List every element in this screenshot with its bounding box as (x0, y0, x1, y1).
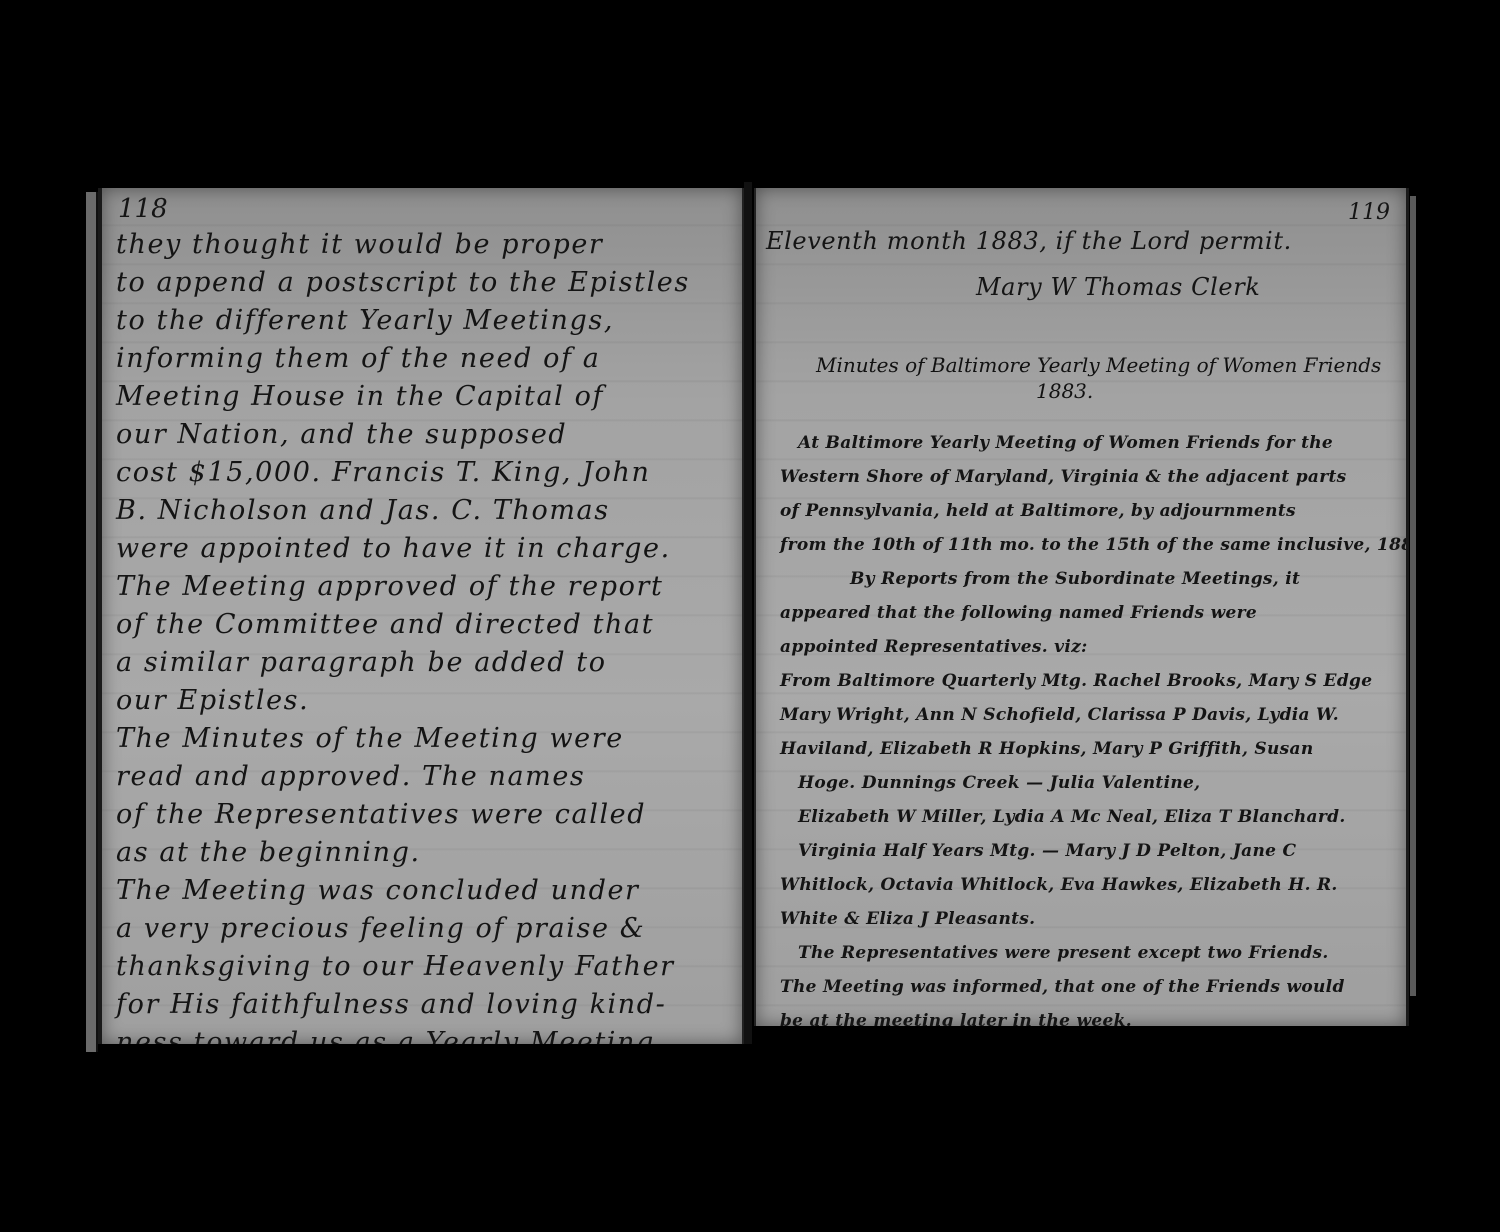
minutes-heading-year: 1883. (816, 379, 1381, 403)
right-page-text: At Baltimore Yearly Meeting of Women Fri… (780, 426, 1409, 1026)
handwritten-line: of the Representatives were called (116, 796, 690, 834)
left-page-text: they thought it would be properto append… (116, 226, 690, 1044)
handwritten-line: appeared that the following named Friend… (780, 596, 1409, 630)
handwritten-line: Elizabeth W Miller, Lydia A Mc Neal, Eli… (780, 800, 1409, 834)
handwritten-line: be at the meeting later in the week. (780, 1004, 1409, 1026)
handwritten-line: The Meeting approved of the report (116, 568, 690, 606)
open-ledger-book: 118 they thought it would be properto ap… (86, 182, 1426, 1052)
minutes-heading: Minutes of Baltimore Yearly Meeting of W… (816, 353, 1381, 403)
handwritten-line: thanksgiving to our Heavenly Father (116, 948, 690, 986)
left-page-stack-edge (86, 192, 98, 1052)
handwritten-line: from the 10th of 11th mo. to the 15th of… (780, 528, 1409, 562)
closing-section: Eleventh month 1883, if the Lord permit.… (766, 218, 1292, 310)
handwritten-line: cost $15,000. Francis T. King, John (116, 454, 690, 492)
clerk-signature: Mary W Thomas Clerk (766, 264, 1292, 310)
handwritten-line: informing them of the need of a (116, 340, 690, 378)
right-page-stack-edge (1410, 196, 1416, 996)
handwritten-line: to append a postscript to the Epistles (116, 264, 690, 302)
handwritten-line: Hoge. Dunnings Creek — Julia Valentine, (780, 766, 1409, 800)
handwritten-line: Mary Wright, Ann N Schofield, Clarissa P… (780, 698, 1409, 732)
handwritten-line: The Minutes of the Meeting were (116, 720, 690, 758)
handwritten-line: From Baltimore Quarterly Mtg. Rachel Bro… (780, 664, 1409, 698)
handwritten-line: as at the beginning. (116, 834, 690, 872)
right-page: 119 Eleventh month 1883, if the Lord per… (754, 188, 1409, 1026)
handwritten-line: our Nation, and the supposed (116, 416, 690, 454)
page-number-right: 119 (1348, 200, 1390, 225)
handwritten-line: appointed Representatives. viz: (780, 630, 1409, 664)
handwritten-line: The Representatives were present except … (780, 936, 1409, 970)
book-spine (744, 182, 752, 1044)
minutes-heading-title: Minutes of Baltimore Yearly Meeting of W… (816, 353, 1381, 377)
handwritten-line: Virginia Half Years Mtg. — Mary J D Pelt… (780, 834, 1409, 868)
handwritten-line: were appointed to have it in charge. (116, 530, 690, 568)
handwritten-line: to the different Yearly Meetings, (116, 302, 690, 340)
handwritten-line: for His faithfulness and loving kind- (116, 986, 690, 1024)
left-page: 118 they thought it would be properto ap… (98, 188, 745, 1044)
handwritten-line: they thought it would be proper (116, 226, 690, 264)
handwritten-line: ness toward us as a Yearly Meeting. (116, 1024, 690, 1044)
handwritten-line: our Epistles. (116, 682, 690, 720)
handwritten-line: B. Nicholson and Jas. C. Thomas (116, 492, 690, 530)
handwritten-line: Western Shore of Maryland, Virginia & th… (780, 460, 1409, 494)
handwritten-line: of Pennsylvania, held at Baltimore, by a… (780, 494, 1409, 528)
handwritten-line: White & Eliza J Pleasants. (780, 902, 1409, 936)
handwritten-line: read and approved. The names (116, 758, 690, 796)
handwritten-line: a very precious feeling of praise & (116, 910, 690, 948)
handwritten-line: At Baltimore Yearly Meeting of Women Fri… (780, 426, 1409, 460)
handwritten-line: of the Committee and directed that (116, 606, 690, 644)
handwritten-line: a similar paragraph be added to (116, 644, 690, 682)
handwritten-line: By Reports from the Subordinate Meetings… (780, 562, 1409, 596)
handwritten-line: Whitlock, Octavia Whitlock, Eva Hawkes, … (780, 868, 1409, 902)
page-number-left: 118 (118, 194, 168, 224)
handwritten-line: Haviland, Elizabeth R Hopkins, Mary P Gr… (780, 732, 1409, 766)
handwritten-line: The Meeting was informed, that one of th… (780, 970, 1409, 1004)
handwritten-line: Meeting House in the Capital of (116, 378, 690, 416)
closing-line: Eleventh month 1883, if the Lord permit. (766, 218, 1292, 264)
handwritten-line: The Meeting was concluded under (116, 872, 690, 910)
